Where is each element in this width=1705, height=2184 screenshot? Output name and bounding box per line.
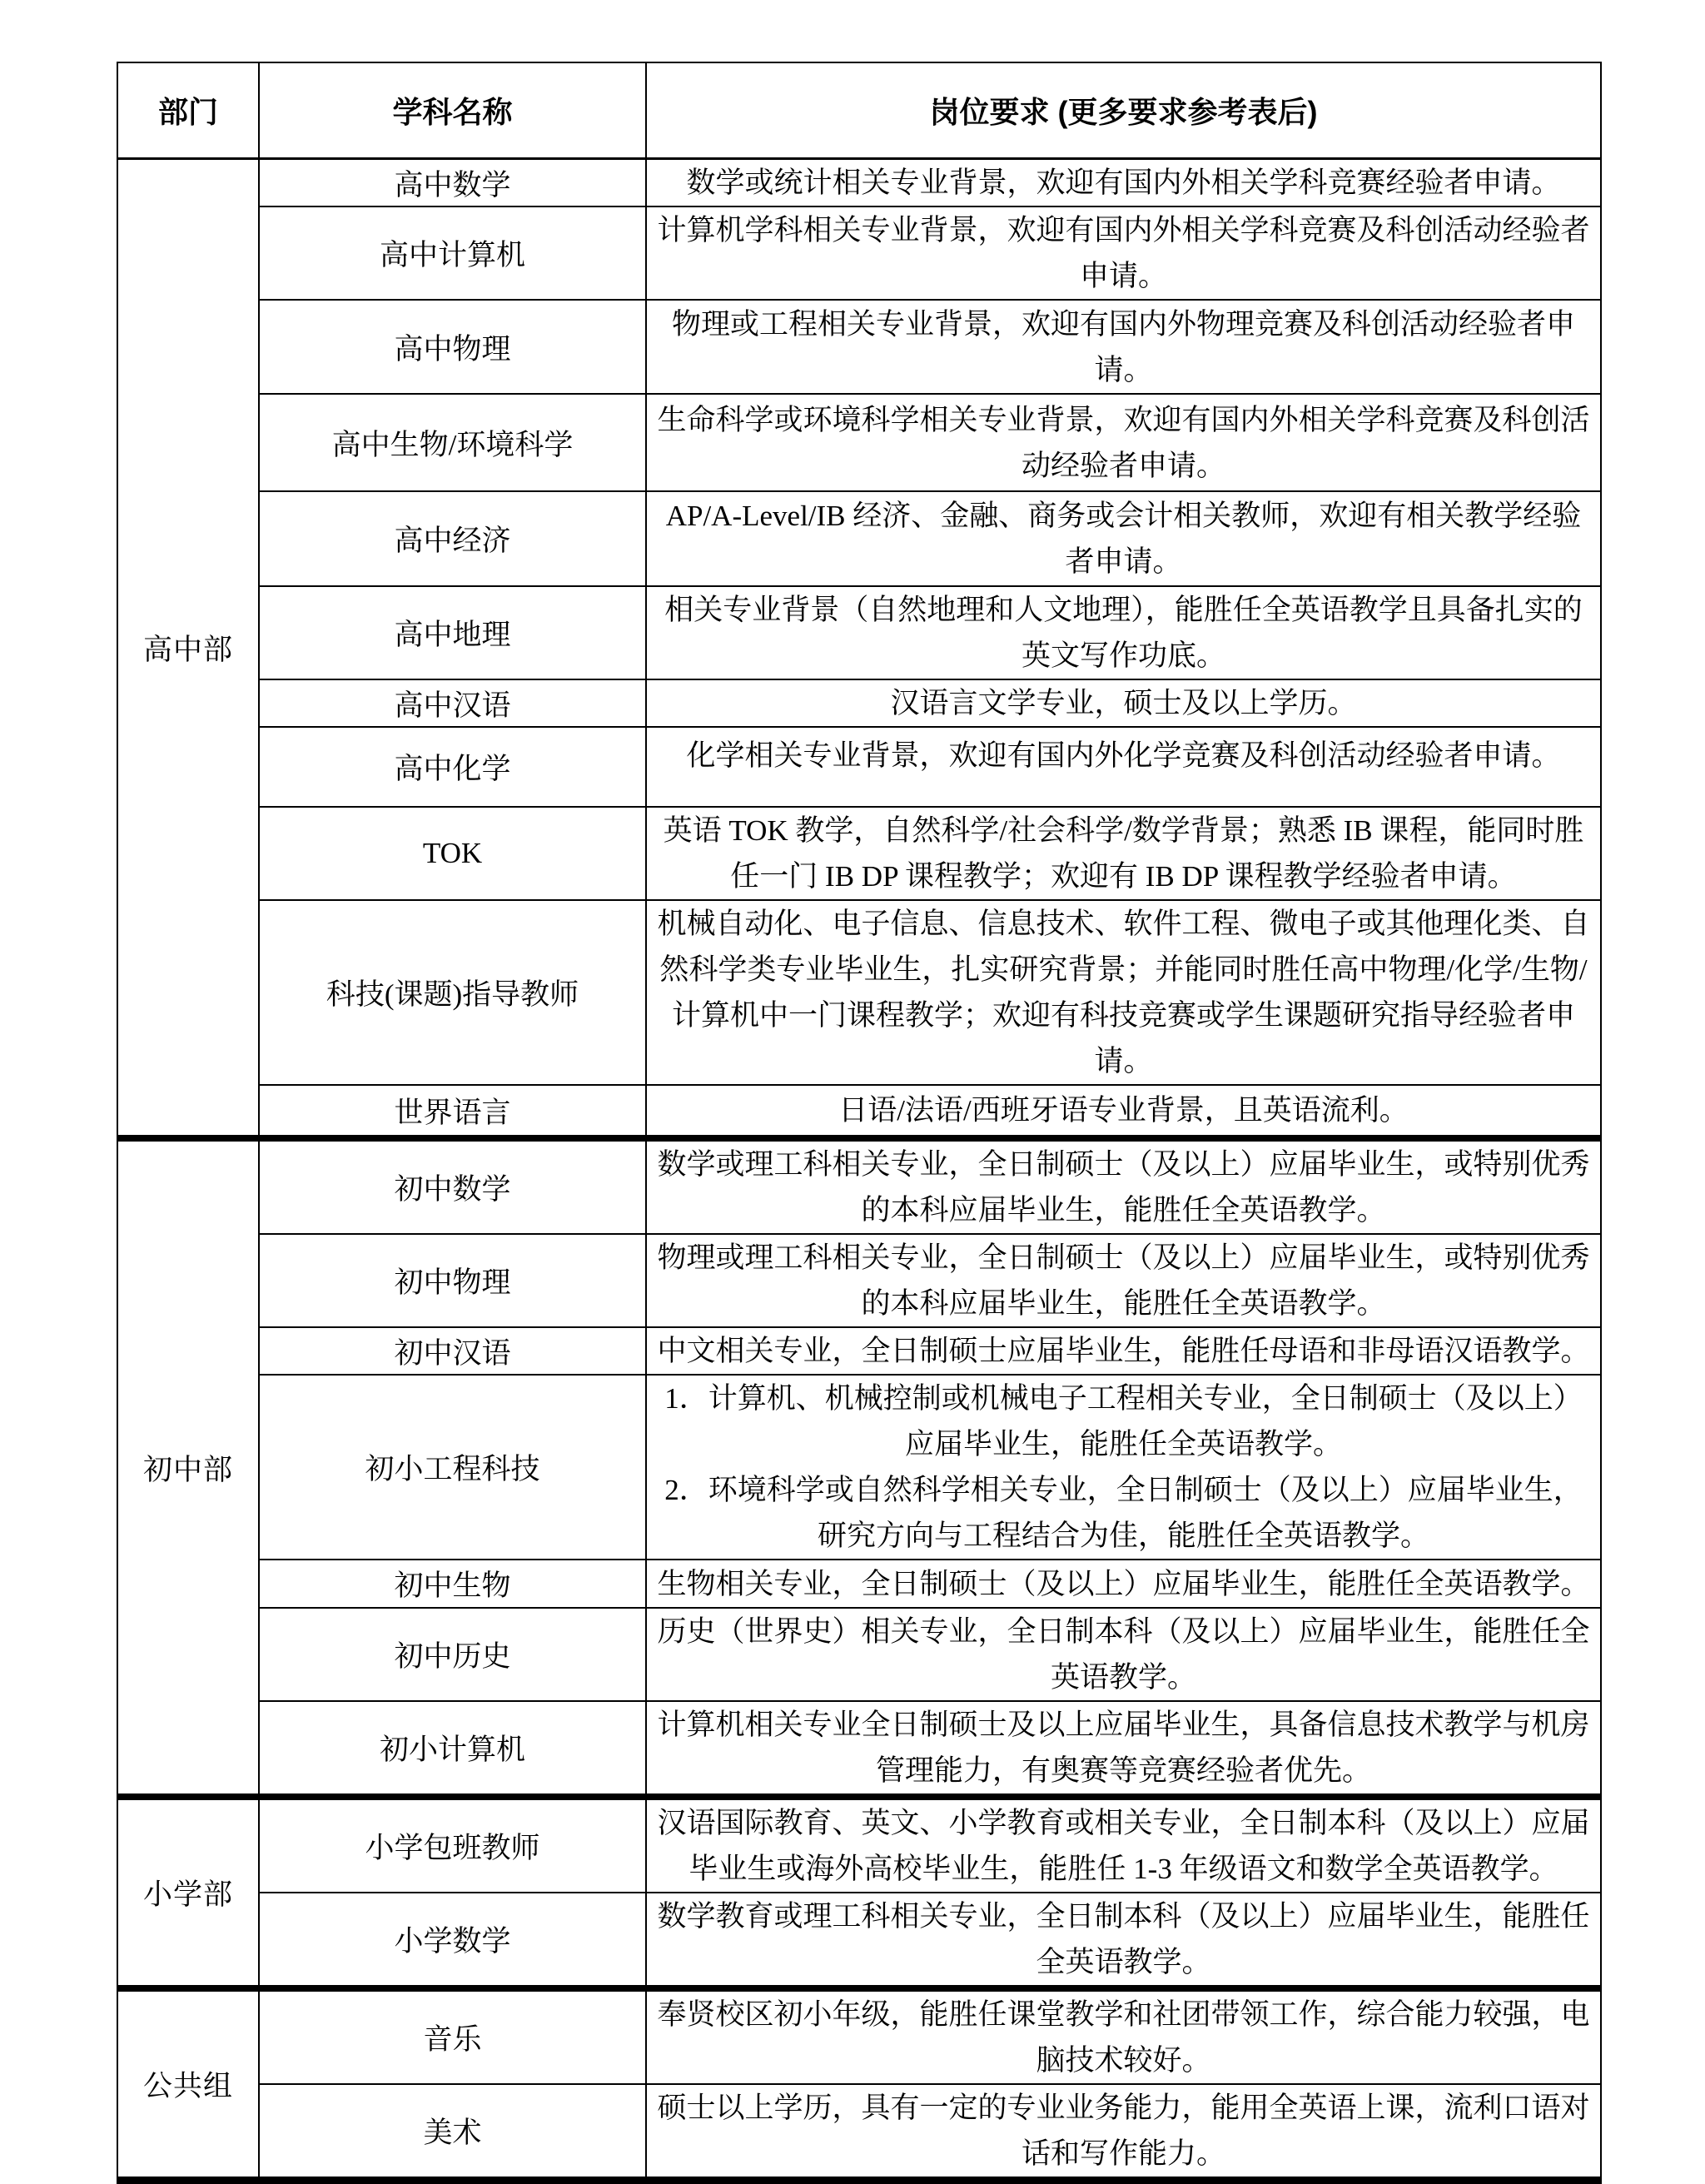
requirement-cell: 计算机学科相关专业背景，欢迎有国内外相关学科竞赛及科创活动经验者申请。 bbox=[646, 206, 1601, 300]
table-row: 初中部 初中数学 数学或理工科相关专业，全日制硕士（及以上）应届毕业生，或特别优… bbox=[117, 1138, 1601, 1234]
requirement-cell: 硕士以上学历，具有一定的专业业务能力，能用全英语上课，流利口语对话和写作能力。 bbox=[646, 2084, 1601, 2181]
department-cell: 公共组 bbox=[117, 1988, 259, 2181]
table-row: 高中物理 物理或工程相关专业背景，欢迎有国内外物理竞赛及科创活动经验者申请。 bbox=[117, 300, 1601, 394]
table-row: 小学数学 数学教育或理工科相关专业，全日制本科（及以上）应届毕业生，能胜任全英语… bbox=[117, 1893, 1601, 1988]
requirement-cell: 英语 TOK 教学，自然科学/社会科学/数学背景；熟悉 IB 课程，能同时胜任一… bbox=[646, 807, 1601, 900]
table-row: 美术 硕士以上学历，具有一定的专业业务能力，能用全英语上课，流利口语对话和写作能… bbox=[117, 2084, 1601, 2181]
department-cell: 小学部 bbox=[117, 1797, 259, 1988]
table-row: 世界语言 日语/法语/西班牙语专业背景，且英语流利。 bbox=[117, 1085, 1601, 1138]
department-cell: 高中部 bbox=[117, 159, 259, 1139]
subject-cell: 初小工程科技 bbox=[259, 1375, 646, 1560]
subject-cell: 高中物理 bbox=[259, 300, 646, 394]
requirement-cell: 汉语国际教育、英文、小学教育或相关专业，全日制本科（及以上）应届毕业生或海外高校… bbox=[646, 1797, 1601, 1893]
subject-cell: 高中数学 bbox=[259, 159, 646, 207]
table-row: 初中物理 物理或理工科相关专业，全日制硕士（及以上）应届毕业生，或特别优秀的本科… bbox=[117, 1234, 1601, 1327]
subject-cell: 世界语言 bbox=[259, 1085, 646, 1138]
requirement-cell: 计算机相关专业全日制硕士及以上应届毕业生，具备信息技术教学与机房管理能力，有奥赛… bbox=[646, 1701, 1601, 1797]
recruitment-table: 部门 学科名称 岗位要求 (更多要求参考表后) 高中部 高中数学 数学或统计相关… bbox=[117, 62, 1602, 2184]
subject-cell: 高中经济 bbox=[259, 491, 646, 586]
table-row: 初中生物 生物相关专业，全日制硕士（及以上）应届毕业生，能胜任全英语教学。 bbox=[117, 1560, 1601, 1608]
table-row: 高中地理 相关专业背景（自然地理和人文地理），能胜任全英语教学且具备扎实的英文写… bbox=[117, 586, 1601, 679]
subject-cell: 高中生物/环境科学 bbox=[259, 394, 646, 491]
subject-cell: 初中生物 bbox=[259, 1560, 646, 1608]
table-row: 高中生物/环境科学 生命科学或环境科学相关专业背景，欢迎有国内外相关学科竞赛及科… bbox=[117, 394, 1601, 491]
requirement-cell: 汉语言文学专业，硕士及以上学历。 bbox=[646, 679, 1601, 727]
table-row: 小学部 小学包班教师 汉语国际教育、英文、小学教育或相关专业，全日制本科（及以上… bbox=[117, 1797, 1601, 1893]
subject-cell: 高中化学 bbox=[259, 727, 646, 807]
header-requirement: 岗位要求 (更多要求参考表后) bbox=[646, 62, 1601, 159]
requirement-cell: 奉贤校区初小年级，能胜任课堂教学和社团带领工作，综合能力较强，电脑技术较好。 bbox=[646, 1988, 1601, 2084]
header-subject: 学科名称 bbox=[259, 62, 646, 159]
requirement-cell: 历史（世界史）相关专业，全日制本科（及以上）应届毕业生，能胜任全英语教学。 bbox=[646, 1608, 1601, 1701]
table-row: 高中汉语 汉语言文学专业，硕士及以上学历。 bbox=[117, 679, 1601, 727]
header-department: 部门 bbox=[117, 62, 259, 159]
subject-cell: 小学数学 bbox=[259, 1893, 646, 1988]
subject-cell: 初中数学 bbox=[259, 1138, 646, 1234]
table-row: 高中计算机 计算机学科相关专业背景，欢迎有国内外相关学科竞赛及科创活动经验者申请… bbox=[117, 206, 1601, 300]
requirement-cell: 数学教育或理工科相关专业，全日制本科（及以上）应届毕业生，能胜任全英语教学。 bbox=[646, 1893, 1601, 1988]
subject-cell: TOK bbox=[259, 807, 646, 900]
subject-cell: 高中汉语 bbox=[259, 679, 646, 727]
subject-cell: 科技(课题)指导教师 bbox=[259, 900, 646, 1085]
table-row: 高中部 高中数学 数学或统计相关专业背景，欢迎有国内外相关学科竞赛经验者申请。 bbox=[117, 159, 1601, 207]
table-row: 初小计算机 计算机相关专业全日制硕士及以上应届毕业生，具备信息技术教学与机房管理… bbox=[117, 1701, 1601, 1797]
requirement-cell: 生命科学或环境科学相关专业背景，欢迎有国内外相关学科竞赛及科创活动经验者申请。 bbox=[646, 394, 1601, 491]
subject-cell: 初中历史 bbox=[259, 1608, 646, 1701]
requirement-cell: 机械自动化、电子信息、信息技术、软件工程、微电子或其他理化类、自然科学类专业毕业… bbox=[646, 900, 1601, 1085]
subject-cell: 初小计算机 bbox=[259, 1701, 646, 1797]
requirement-paragraph: 2．环境科学或自然科学相关专业，全日制硕士（及以上）应届毕业生，研究方向与工程结… bbox=[657, 1467, 1590, 1559]
requirement-cell: 日语/法语/西班牙语专业背景，且英语流利。 bbox=[646, 1085, 1601, 1138]
table-row: TOK 英语 TOK 教学，自然科学/社会科学/数学背景；熟悉 IB 课程，能同… bbox=[117, 807, 1601, 900]
table-row: 公共组 音乐 奉贤校区初小年级，能胜任课堂教学和社团带领工作，综合能力较强，电脑… bbox=[117, 1988, 1601, 2084]
requirement-cell: 化学相关专业背景，欢迎有国内外化学竞赛及科创活动经验者申请。 bbox=[646, 727, 1601, 807]
requirement-cell: 中文相关专业，全日制硕士应届毕业生，能胜任母语和非母语汉语教学。 bbox=[646, 1327, 1601, 1375]
requirement-cell: AP/A-Level/IB 经济、金融、商务或会计相关教师，欢迎有相关教学经验者… bbox=[646, 491, 1601, 586]
subject-cell: 初中汉语 bbox=[259, 1327, 646, 1375]
subject-cell: 小学包班教师 bbox=[259, 1797, 646, 1893]
table-row: 初中汉语 中文相关专业，全日制硕士应届毕业生，能胜任母语和非母语汉语教学。 bbox=[117, 1327, 1601, 1375]
requirement-cell: 数学或统计相关专业背景，欢迎有国内外相关学科竞赛经验者申请。 bbox=[646, 159, 1601, 207]
subject-cell: 初中物理 bbox=[259, 1234, 646, 1327]
table-row: 初中历史 历史（世界史）相关专业，全日制本科（及以上）应届毕业生，能胜任全英语教… bbox=[117, 1608, 1601, 1701]
department-cell: 初中部 bbox=[117, 1138, 259, 1797]
requirement-cell: 相关专业背景（自然地理和人文地理），能胜任全英语教学且具备扎实的英文写作功底。 bbox=[646, 586, 1601, 679]
subject-cell: 高中地理 bbox=[259, 586, 646, 679]
subject-cell: 美术 bbox=[259, 2084, 646, 2181]
requirement-paragraph: 1．计算机、机械控制或机械电子工程相关专业，全日制硕士（及以上）应届毕业生，能胜… bbox=[657, 1376, 1590, 1467]
requirement-cell: 数学或理工科相关专业，全日制硕士（及以上）应届毕业生，或特别优秀的本科应届毕业生… bbox=[646, 1138, 1601, 1234]
page: { "page": { "background_color": "#ffffff… bbox=[0, 0, 1705, 2110]
subject-cell: 音乐 bbox=[259, 1988, 646, 2084]
subject-cell: 高中计算机 bbox=[259, 206, 646, 300]
requirement-cell: 1．计算机、机械控制或机械电子工程相关专业，全日制硕士（及以上）应届毕业生，能胜… bbox=[646, 1375, 1601, 1560]
table-row: 高中化学 化学相关专业背景，欢迎有国内外化学竞赛及科创活动经验者申请。 bbox=[117, 727, 1601, 807]
recruitment-table-container: 部门 学科名称 岗位要求 (更多要求参考表后) 高中部 高中数学 数学或统计相关… bbox=[117, 62, 1600, 2184]
table-row: 科技(课题)指导教师 机械自动化、电子信息、信息技术、软件工程、微电子或其他理化… bbox=[117, 900, 1601, 1085]
requirement-cell: 物理或理工科相关专业，全日制硕士（及以上）应届毕业生，或特别优秀的本科应届毕业生… bbox=[646, 1234, 1601, 1327]
requirement-cell: 生物相关专业，全日制硕士（及以上）应届毕业生，能胜任全英语教学。 bbox=[646, 1560, 1601, 1608]
table-row: 高中经济 AP/A-Level/IB 经济、金融、商务或会计相关教师，欢迎有相关… bbox=[117, 491, 1601, 586]
table-row: 初小工程科技 1．计算机、机械控制或机械电子工程相关专业，全日制硕士（及以上）应… bbox=[117, 1375, 1601, 1560]
header-row: 部门 学科名称 岗位要求 (更多要求参考表后) bbox=[117, 62, 1601, 159]
requirement-cell: 物理或工程相关专业背景，欢迎有国内外物理竞赛及科创活动经验者申请。 bbox=[646, 300, 1601, 394]
